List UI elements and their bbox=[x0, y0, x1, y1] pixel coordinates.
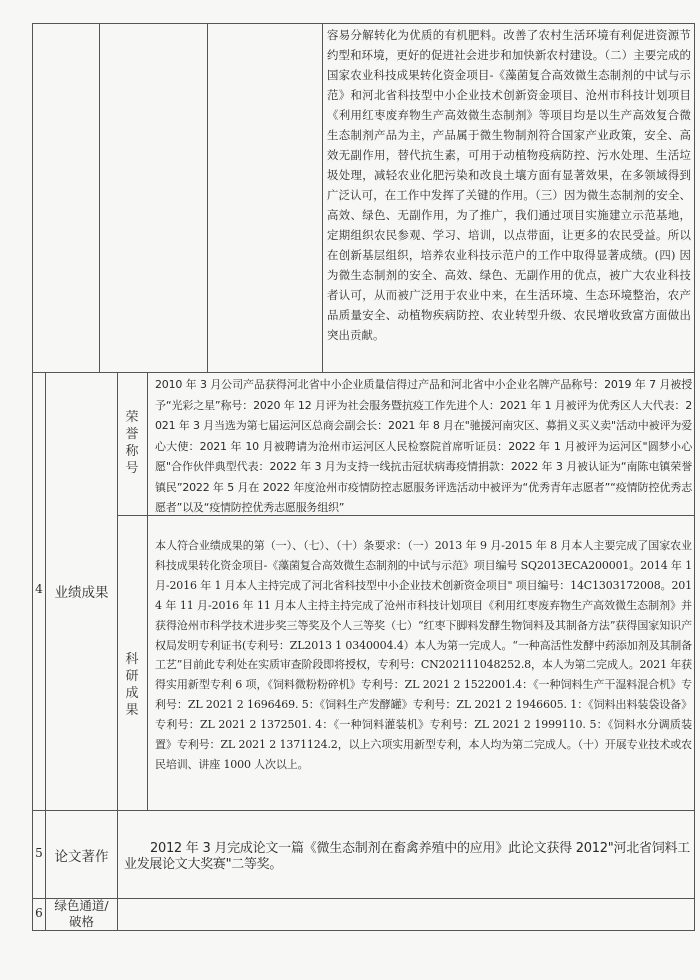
sub-label-honors: 荣誉称号 bbox=[124, 409, 140, 477]
row-number: 4 bbox=[33, 582, 45, 596]
table-bottom-border bbox=[32, 930, 695, 931]
row4-top-border bbox=[32, 372, 695, 373]
row-label: 业绩成果 bbox=[46, 581, 117, 601]
row-number: 5 bbox=[33, 846, 45, 860]
row-label: 论文著作 bbox=[46, 845, 117, 865]
honors-text: 2010 年 3 月公司产品获得河北省中小企业质量信得过产品和河北省中小企业名牌… bbox=[155, 375, 692, 519]
green-channel-content bbox=[118, 899, 694, 930]
top-col-divider-3 bbox=[322, 23, 323, 372]
row-label-line1: 绿色通道/ bbox=[46, 898, 117, 914]
sub-label-research: 科研成果 bbox=[124, 651, 140, 719]
row5-top-border bbox=[32, 810, 695, 811]
right-border bbox=[694, 23, 695, 930]
row4-label-divider bbox=[117, 372, 118, 930]
empty-cell-3 bbox=[208, 24, 322, 372]
empty-cell-2 bbox=[100, 24, 207, 372]
row-label-line2: 破格 bbox=[46, 914, 117, 930]
row4-sublabel-divider bbox=[147, 372, 148, 810]
row-number: 6 bbox=[33, 906, 45, 920]
research-text: 本人符合业绩成果的第（一）、（七）、（十）条要求：（一）2013 年 9 月-2… bbox=[155, 536, 692, 775]
achievement-summary-text: 容易分解转化为优质的有机肥料。改善了农村生活环境有利促进资源节约型和环境，更好的… bbox=[327, 25, 691, 345]
empty-cell-1 bbox=[33, 24, 99, 372]
publication-text: 2012 年 3 月完成论文一篇《微生态制剂在畜禽养殖中的应用》此论文获得 20… bbox=[124, 841, 690, 873]
